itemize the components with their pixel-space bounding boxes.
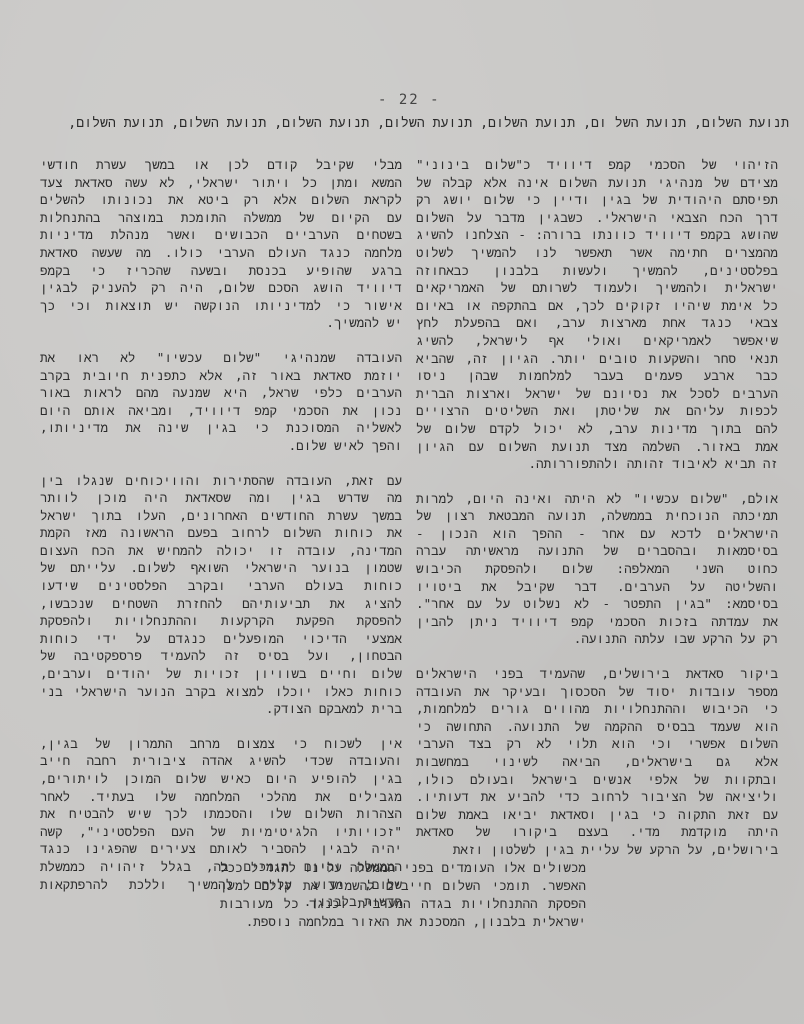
paragraph: עם זאת, העובדה שהסתירות והוויכוחים שנגלו… — [40, 472, 402, 718]
text-line: אמת באזור. השלמה מצד תנועת השלום עם הגיו… — [416, 438, 778, 456]
text-line: והשליטה על הערבים. דבר שקיבל את ביטויו — [416, 578, 778, 596]
text-line: העובדה שמנהיגי "שלום עכשיו" לא ראו את — [40, 349, 402, 367]
text-line: לכפות עליהם את שליטתן ואת השליטים הרצויי… — [416, 402, 778, 420]
text-line: וליציאה של הציבור לרחוב כדי להביע את דעו… — [416, 788, 778, 806]
text-line: הישראלים לדכא עם אחר - ההפך הוא הנכון - — [416, 525, 778, 543]
text-line: תפיסתם היהודית של בגין ודיין כי שלום יוש… — [416, 191, 778, 209]
text-line: זה תביא לאיבוד זהותה ולהתפוררותה. — [416, 455, 778, 473]
text-line: שיאפשר לאמריקאים ואולי אף לישראל, להשיג — [416, 332, 778, 350]
text-line: שלום וחיים בשוויון זכויות של יהודים וערב… — [40, 665, 402, 683]
text-line: השלום אפשרי וכי הוא תלוי לא רק בצד הערבי — [416, 735, 778, 753]
text-line: בסיסמא: "בגין התפטר - לא נשלוט על עם אחר… — [416, 595, 778, 613]
text-line: כבר ארבע פעמים בעבר למלחמות שבהן ניסו — [416, 367, 778, 385]
text-line: נכון את הסכמי קמפ דיוויד, ומביאה אותם הי… — [40, 402, 402, 420]
text-line: בפלסטינים, להמשיך ולעשות בלבנון כבאחוזה — [416, 262, 778, 280]
text-line: ביקור סאדאת בירושלים, שהעמיד בפני הישראל… — [416, 665, 778, 683]
text-line: "זכויותיו הלגיטימיות של העם הפלסטיני", ק… — [40, 823, 402, 841]
text-line: צבאי כנגד אחת מארצות ערב, ואם בהפעלת לחץ — [416, 314, 778, 332]
text-line: יהיה לבגין להסביר לאותם צעירים שהפגינו כ… — [40, 840, 402, 858]
text-line: להפסקת הפקעת הקרקעות וההתנחלויות ולהפסקת — [40, 612, 402, 630]
header-banner: תנועת השלום, תנועת השל ום, תנועת השלום, … — [14, 116, 789, 131]
text-line: ברית למאבקם הצודק. — [40, 700, 402, 718]
text-line: כל אימת שיהיו זקוקים לכך, אם בהתקפה או ב… — [416, 297, 778, 315]
text-line: יש להמשיך. — [40, 314, 402, 332]
paragraph: הזיהוי של הסכמי קמפ דיוויד כ"שלום בינוני… — [416, 156, 778, 473]
text-line: כוחות בעולם הערבי ובקרב הפלסטינים שידעו — [40, 577, 402, 595]
text-line: להציג את תביעותיהם להחזרת השטחים שנכבשו, — [40, 595, 402, 613]
text-line: לקראת השלום אלא רק ביטא את נכונותו להשלי… — [40, 191, 402, 209]
text-line: ברגע שהופיע בכנסת ובשעה שהכריז כי בקמפ — [40, 262, 402, 280]
text-line: דיוויד הושג הסכם שלום, היה רק להעניק לבג… — [40, 279, 402, 297]
text-line: המשא ומתן כל ויתור ישראלי, לא עשה סאדאת … — [40, 174, 402, 192]
text-line: אין לשכוח כי צמצום מרחב התמרון של בגין, — [40, 735, 402, 753]
text-line: במשך עשרת החודשים האחרונים, העלו בתוך יש… — [40, 507, 402, 525]
text-line: ישראלית בלבנון, המסכנת את האזור במלחמה נ… — [220, 913, 586, 931]
text-line: הצהרות השלום שלו והסכמתו לכך שיש להבטיח … — [40, 805, 402, 823]
text-line: מספר עובדות יסוד של הסכסוך ובעיקר את העו… — [416, 683, 778, 701]
text-line: והעובדה שכדי להשיג אהדה ציבורית רחבה חיי… — [40, 752, 402, 770]
text-line: שהושג בקמפ דיוויד כוונתו ברורה: - הצלחנו… — [416, 226, 778, 244]
right-column: הזיהוי של הסכמי קמפ דיוויד כ"שלום בינוני… — [416, 156, 778, 876]
text-line: תמיכתה הנוכחית בממשלה, תנועה המבטאת רצון… — [416, 507, 778, 525]
text-line: את עמדתה בזכות הסכמי קמפ דיוויד ניתן להב… — [416, 613, 778, 631]
text-line: אמצעי הדיכוי המופעלים כנגדם על ידי כוחות — [40, 630, 402, 648]
text-line: בגין להופיע היום כאיש שלום המוכן לויתורי… — [40, 770, 402, 788]
paragraph: מבלי שקיבל קודם לכן או במשך עשרת חודשיהמ… — [40, 156, 402, 332]
text-line: לאשליה המסוכנת כי בגין שינה את מדיניותו, — [40, 419, 402, 437]
text-line: ישראלית ולהמשיך ולעמוד לשרותם של האמריקא… — [416, 279, 778, 297]
page-number: - 22 - — [378, 92, 441, 108]
text-line: תנאי סחר והשקעות טובים יותר. הגיון זה, ש… — [416, 350, 778, 368]
closing-paragraph: מכשולים אלו העומדים בפני הממשלה עלינו לה… — [220, 859, 586, 931]
text-line: אלא גם בישראלים, הביאה לשינוי במחשבות — [416, 753, 778, 771]
text-line: כחוט השני המאלפה: שלום ולהפסקת הכיבוש — [416, 560, 778, 578]
text-line: הוא שעמד בבסיס ההקמה של התנועה. התחושה כ… — [416, 718, 778, 736]
text-line: הערבים לסכל את נסיונם של ישראל וארצות הב… — [416, 385, 778, 403]
text-line: מה שדרש בגין ומה שסאדאת היה מוכן לוותר — [40, 489, 402, 507]
text-line: מכשולים אלו העומדים בפני הממשלה עלינו לה… — [220, 859, 586, 877]
text-line: המדינה, עובדה זו יכולה להמחיש את הכח העצ… — [40, 542, 402, 560]
text-line: עם זאת התקוה כי בגין וסאדאת יביאו באמת ש… — [416, 806, 778, 824]
text-line: להם בתוך מדינות ערב, לא יכול לקדם שלום ש… — [416, 420, 778, 438]
text-line: הבטחון, ועל בסיס זה להעמיד פרספקטיבה של — [40, 647, 402, 665]
text-line: בירושלים, על הרקע של עליית בגין לשלטון ו… — [416, 841, 778, 859]
text-line: מהמצרים חתימה אשר תאפשר לנו להמשיך לשלוט — [416, 244, 778, 262]
text-line: בשטחים הערביים הכבושים ואשר מנהלת מדיניו… — [40, 226, 402, 244]
text-line: אישור כי למדיניותו הנוקשה יש תוצאות וכי … — [40, 297, 402, 315]
text-line: הערבים כלפי שראל, היא שמנעה מהם לראות בא… — [40, 384, 402, 402]
text-line: כי הכיבוש וההתנחלויות מהווים גורים למלחמ… — [416, 700, 778, 718]
left-column: מבלי שקיבל קודם לכן או במשך עשרת חודשיהמ… — [40, 156, 402, 928]
paragraph: ביקור סאדאת בירושלים, שהעמיד בפני הישראל… — [416, 665, 778, 859]
text-line: יוזמת סאדאת באור זה, אלא כתפנית חיובית ב… — [40, 367, 402, 385]
text-line: מצידם של מנהיגי תנועת השלום אינה אלא קבל… — [416, 174, 778, 192]
text-line: והפך לאיש שלום. — [40, 437, 402, 455]
text-line: ובתקוות של אלפי אנשים בישראל ובעולם כולו… — [416, 771, 778, 789]
text-line: עם זאת, העובדה שהסתירות והוויכוחים שנגלו… — [40, 472, 402, 490]
text-line: הזיהוי של הסכמי קמפ דיוויד כ"שלום בינוני… — [416, 156, 778, 174]
text-line: בסיסמאות ובהסברים של התנועה מראשיתה עברה — [416, 542, 778, 560]
text-line: מבלי שקיבל קודם לכן או במשך עשרת חודשי — [40, 156, 402, 174]
text-line: הפסקת ההתנחלויות בגדה המערבית וכנגד כל מ… — [220, 895, 586, 913]
text-line: כוחות כאלו יוכלו למצוא בקרב הנוער הישראל… — [40, 683, 402, 701]
text-line: עם הקיום של ממשלה התומכת במוצהר בהתנחלות — [40, 209, 402, 227]
text-line: מגבילים את מהלכי המלחמה שלו בעתיד. לאחר — [40, 788, 402, 806]
paragraph: אולם, "שלום עכשיו" לא היתה ואינה היום, ל… — [416, 490, 778, 648]
text-line: היתה מוקדמת מדי. בעצם ביקורו של סאדאת — [416, 823, 778, 841]
text-line: את כוחות השלום לרחוב בפעם הראשונה מאז הק… — [40, 524, 402, 542]
text-line: אולם, "שלום עכשיו" לא היתה ואינה היום, ל… — [416, 490, 778, 508]
text-line: מלחמה כנגד העולם הערבי כולו. מה שעשה סאד… — [40, 244, 402, 262]
text-line: שטמון בנוער הישראלי השואף לשלום. עלייתם … — [40, 559, 402, 577]
text-line: רק על הרקע שבו עלתה התנועה. — [416, 630, 778, 648]
text-line: האפשר. תומכי השלום חייבים להשמיע את קולם… — [220, 877, 586, 895]
paragraph: העובדה שמנהיגי "שלום עכשיו" לא ראו אתיוז… — [40, 349, 402, 455]
text-line: דרך הכח הצבאי הישראלי. כשבגין מדבר על הש… — [416, 209, 778, 227]
